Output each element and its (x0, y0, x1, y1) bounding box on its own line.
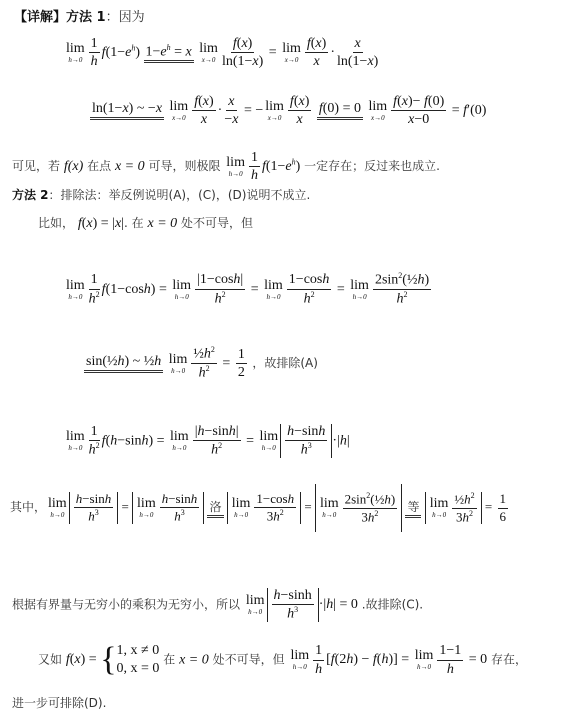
text: 处不可导，但 (181, 216, 253, 230)
math-inline: x = 0 (148, 216, 178, 231)
equation-2: ln(1−x) ~ −x limx→0f(x)x·x−x = −limx→0f(… (90, 94, 486, 128)
text: 进一步可排除(D). (12, 696, 106, 710)
text: 可导，则极限 (148, 159, 220, 173)
example-1: 比如， f(x) = |x|. 在 x = 0 处不可导，但 (38, 214, 253, 232)
method1-header: 【详解】方法 1：因为 (14, 6, 145, 25)
method1-label: 方法 1 (66, 10, 106, 25)
text: 其中， (10, 500, 46, 514)
equivalence-label: ln(1−x) ~ −x (90, 101, 164, 120)
equivalence-label: sin(½h) ~ ½h (84, 354, 163, 373)
math-inline: f(x) (64, 159, 83, 174)
math-inline: x = 0 (179, 652, 209, 667)
method2-line: 方法 2：排除法：举反例说明(A)，(C)，(D)说明不成立. (12, 186, 310, 203)
text: 比如， (38, 216, 74, 230)
conclusion-2: 根据有界量与无穷小的乘积为无穷小，所以 limh→0h−sinhh3·|h| =… (12, 588, 423, 622)
math-inline: x = 0 (115, 159, 145, 174)
equation-5: limh→01h2f(h−sinh) = limh→0|h−sinh|h2 = … (64, 424, 350, 458)
text: 存在， (491, 652, 527, 666)
method2-label: 方法 2 (12, 188, 49, 202)
case-2: 0, x = 0 (117, 660, 160, 678)
detail-label: 【详解】 (14, 10, 66, 25)
text: 处不可导，但 (213, 652, 285, 666)
equation-3: limh→01h2f(1−cosh) = limh→0|1−cosh|h2 = … (64, 272, 433, 307)
final-line: 进一步可排除(D). (12, 694, 106, 711)
method1-intro: ：因为 (106, 10, 145, 25)
fraction: 1h (89, 36, 100, 70)
exclude-a-note: ，故排除(A) (252, 356, 318, 370)
text: 在 (163, 652, 175, 666)
text: 可见，若 (12, 159, 60, 173)
equivalent-label: 等 (405, 498, 421, 518)
condition-label: f(0) = 0 (317, 101, 363, 120)
lhopital-label: 洛 (207, 498, 223, 518)
text: 一定存在；反过来也成立. (304, 159, 440, 173)
substitution-label: 1−eh = x (144, 43, 194, 64)
method2-text: ：排除法：举反例说明(A)，(C)，(D)说明不成立. (49, 188, 311, 202)
case-1: 1, x ≠ 0 (117, 642, 160, 660)
text: 根据有界量与无穷小的乘积为无穷小，所以 (12, 597, 240, 611)
text: 又如 (38, 652, 62, 666)
limit-operator: limh→0 (66, 42, 85, 64)
equation-6: 其中，limh→0h−sinhh3 = limh→0h−sinhh3 洛 lim… (10, 484, 510, 532)
text: .故排除(C). (362, 597, 423, 611)
equation-1: limh→01hf(1−eh) 1−eh = x limx→0f(x)ln(1−… (64, 36, 380, 70)
conclusion-1: 可见，若 f(x) 在点 x = 0 可导，则极限 limh→01hf(1−eh… (12, 150, 440, 184)
example-2: 又如 f(x) = {1, x ≠ 00, x = 0 在 x = 0 处不可导… (38, 642, 527, 678)
text: . 在 (124, 216, 144, 230)
text: 在点 (87, 159, 111, 173)
equation-4: sin(½h) ~ ½h limh→0½h2h2 = 12 ，故排除(A) (84, 346, 318, 381)
